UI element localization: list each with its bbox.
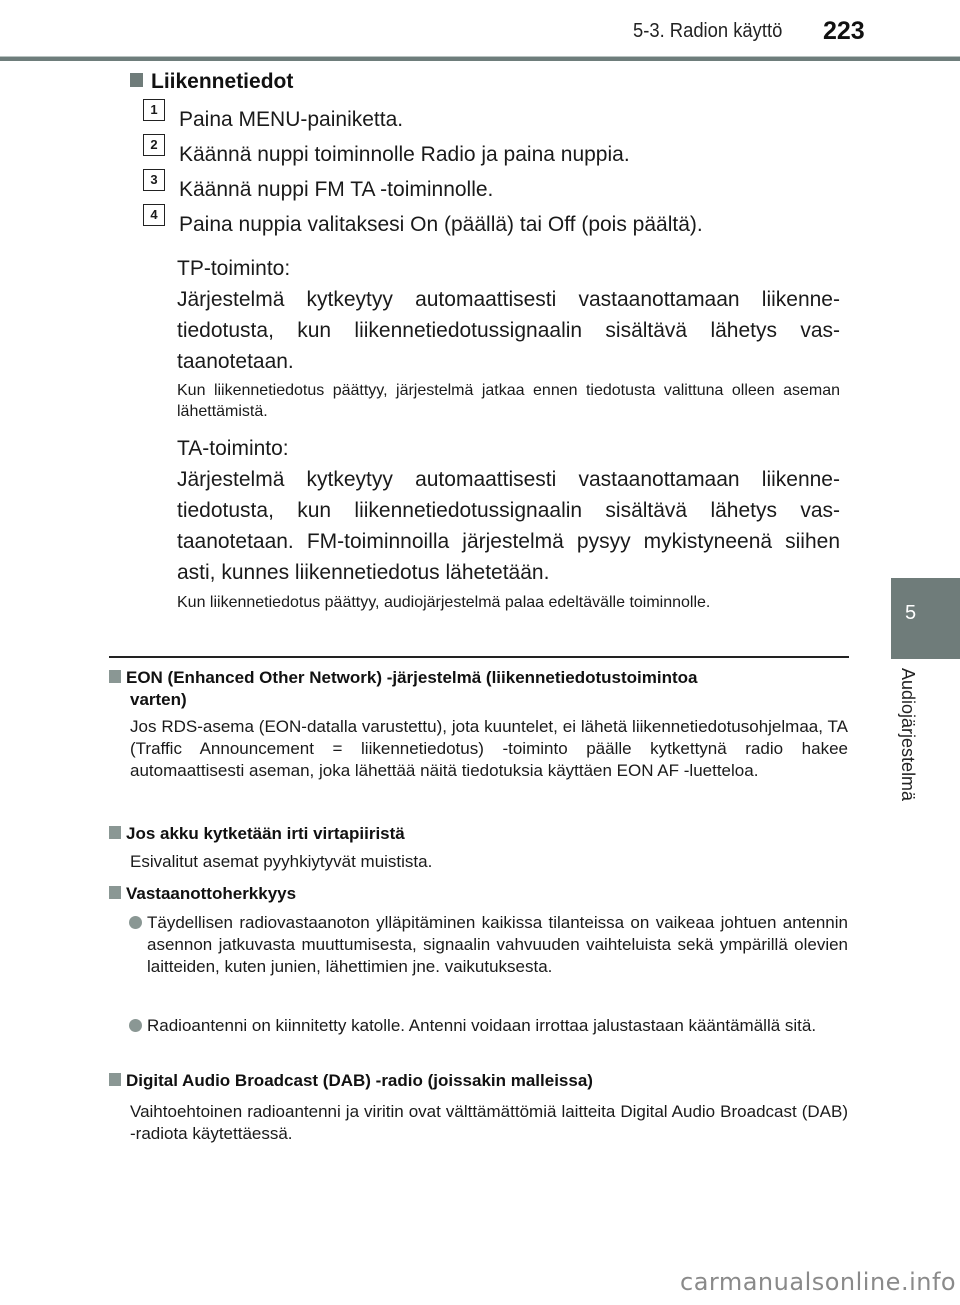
square-bullet-icon [109,670,121,683]
step-text: Käännä nuppi FM TA -toiminnolle. [179,178,493,201]
note-heading-reception: Vastaanottoherkkyys [109,883,849,905]
note-body-dab: Vaihtoehtoinen radioantenni ja viritin o… [130,1101,848,1145]
circle-bullet-icon [129,1019,142,1032]
list-item: Radioantenni on kiinnitetty katolle. Ant… [129,1015,848,1037]
step-text: Käännä nuppi toiminnolle Radio ja paina … [179,143,630,166]
note-heading-text-cont: varten) [109,689,849,711]
list-item: Täydellisen radiovastaanoton ylläpitämin… [129,912,848,978]
note-heading-text: Digital Audio Broadcast (DAB) -radio (jo… [126,1071,593,1090]
section-title: 5-3. Radion käyttö [633,20,782,43]
step-3: 3Käännä nuppi FM TA -toiminnolle. [143,178,493,203]
watermark-link[interactable]: carmanualsonline.info [680,1268,956,1296]
square-bullet-icon [109,886,121,899]
ta-text: Järjestelmä kytkeytyy automaattisesti va… [177,464,840,588]
note-heading-text: EON (Enhanced Other Network) -järjestelm… [126,668,697,687]
ta-title: TA-toiminto: [177,433,840,464]
tp-text: Järjestelmä kytkeytyy automaattisesti va… [177,284,840,377]
step-2: 2Käännä nuppi toiminnolle Radio ja paina… [143,143,630,168]
step-text: Paina MENU-painiketta. [179,108,403,131]
step-number-box: 2 [143,134,165,156]
step-number-box: 4 [143,204,165,226]
chapter-number: 5 [905,602,916,625]
tp-note: Kun liikennetiedotus päättyy, järjestelm… [177,380,840,422]
header-rule [0,56,960,61]
list-item-text: Radioantenni on kiinnitetty katolle. Ant… [147,1016,816,1035]
step-number-box: 1 [143,99,165,121]
note-heading-dab: Digital Audio Broadcast (DAB) -radio (jo… [109,1070,849,1092]
chapter-label: Audiojärjestelmä [898,668,918,828]
section-heading: Liikennetiedot [130,70,293,94]
square-bullet-icon [109,826,121,839]
page-number: 223 [823,17,865,46]
note-heading-eon: EON (Enhanced Other Network) -järjestelm… [109,667,849,711]
note-heading-text: Jos akku kytketään irti virtapiiristä [126,824,405,843]
square-bullet-icon [109,1073,121,1086]
step-1: 1Paina MENU-painiketta. [143,108,403,133]
note-heading-battery: Jos akku kytketään irti virtapiiristä [109,823,849,845]
step-4: 4Paina nuppia valitaksesi On (päällä) ta… [143,213,703,238]
note-heading-text: Vastaanottoherkkyys [126,884,296,903]
note-body-battery: Esivalitut asemat pyyhkiytyvät muistista… [130,851,848,873]
tp-title: TP-toiminto: [177,253,840,284]
step-text: Paina nuppia valitaksesi On (päällä) tai… [179,213,703,236]
circle-bullet-icon [129,916,142,929]
step-number-box: 3 [143,169,165,191]
note-body-eon: Jos RDS-asema (EON-datalla varustettu), … [130,716,848,782]
list-item-text: Täydellisen radiovastaanoton ylläpitämin… [147,913,848,976]
section-divider [109,656,849,658]
chapter-tab: 5 [891,578,960,659]
ta-note: Kun liikennetiedotus päättyy, audiojärje… [177,592,840,613]
square-bullet-icon [130,73,143,87]
section-heading-text: Liikennetiedot [151,70,293,93]
